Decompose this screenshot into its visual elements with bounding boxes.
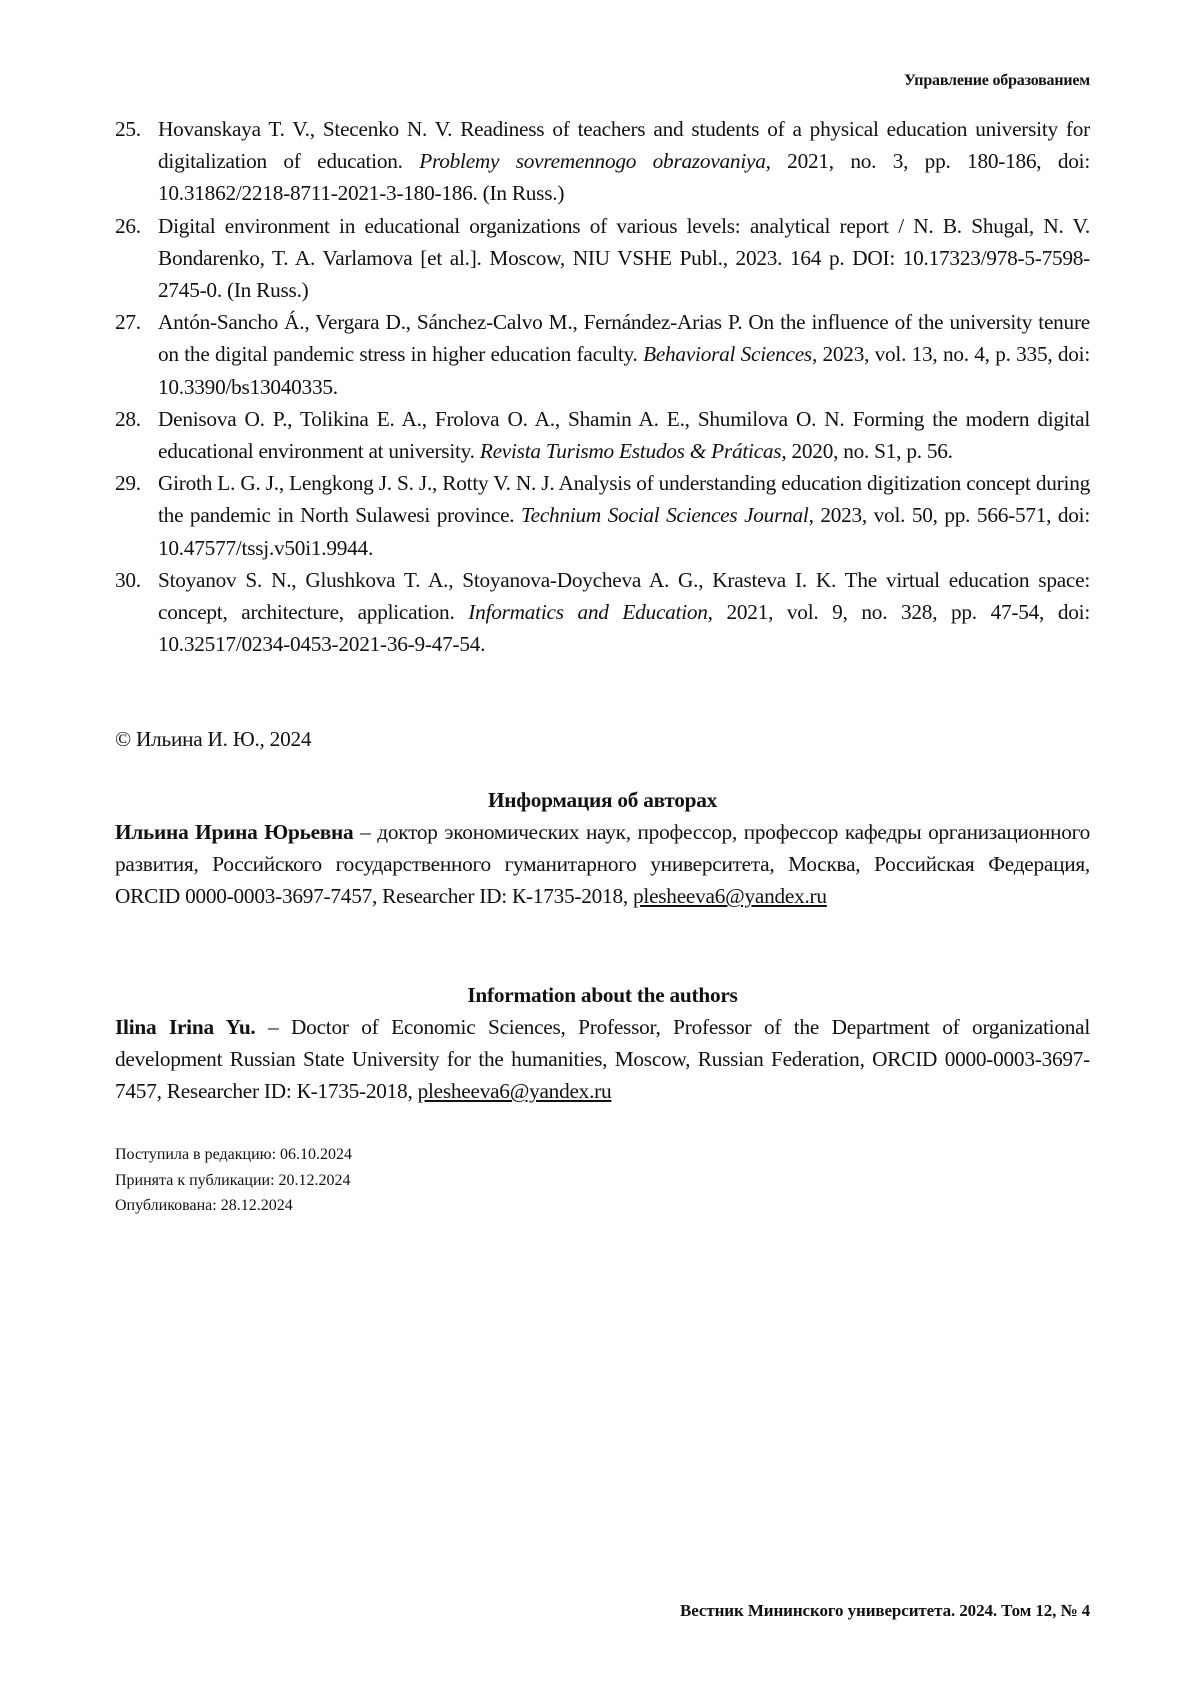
reference-item: 26.Digital environment in educational or… (115, 210, 1090, 307)
reference-details: , 2020, no. S1, p. 56. (781, 439, 952, 463)
reference-number: 30. (115, 564, 141, 596)
reference-number: 28. (115, 403, 141, 435)
reference-text: Digital environment in educational organ… (158, 214, 1090, 302)
reference-journal: Technium Social Sciences Journal (521, 503, 809, 527)
reference-number: 29. (115, 467, 141, 499)
reference-journal: Problemy sovremennogo obrazovaniya (419, 149, 765, 173)
author-name-en: Ilina Irina Yu. (115, 1015, 255, 1039)
reference-item: 29.Giroth L. G. J., Lengkong J. S. J., R… (115, 467, 1090, 564)
authors-info-title-ru: Информация об авторах (115, 784, 1090, 816)
reference-item: 25.Hovanskaya T. V., Stecenko N. V. Read… (115, 113, 1090, 210)
reference-number: 27. (115, 306, 141, 338)
author-email-link-en[interactable]: plesheeva6@yandex.ru (418, 1079, 612, 1103)
reference-journal: Revista Turismo Estudos & Práticas (480, 439, 782, 463)
received-date: Поступила в редакцию: 06.10.2024 (115, 1142, 352, 1168)
copyright-notice: © Ильина И. Ю., 2024 (115, 723, 311, 755)
reference-item: 27.Antón-Sancho Á., Vergara D., Sánchez-… (115, 306, 1090, 403)
reference-journal: Behavioral Sciences, (643, 342, 817, 366)
reference-list: 25.Hovanskaya T. V., Stecenko N. V. Read… (115, 113, 1090, 660)
reference-number: 26. (115, 210, 141, 242)
running-footer: Вестник Мининского университета. 2024. Т… (680, 1601, 1090, 1621)
reference-item: 30.Stoyanov S. N., Glushkova T. A., Stoy… (115, 564, 1090, 661)
publication-dates: Поступила в редакцию: 06.10.2024 Принята… (115, 1142, 352, 1219)
reference-number: 25. (115, 113, 141, 145)
accepted-date: Принята к публикации: 20.12.2024 (115, 1168, 352, 1194)
authors-info-title-en: Information about the authors (115, 979, 1090, 1011)
published-date: Опубликована: 28.12.2024 (115, 1193, 352, 1219)
author-email-link-ru[interactable]: plesheeva6@yandex.ru (633, 884, 827, 908)
reference-item: 28.Denisova O. P., Tolikina E. A., Frolo… (115, 403, 1090, 467)
running-header: Управление образованием (904, 72, 1090, 90)
author-info-ru: Ильина Ирина Юрьевна – доктор экономичес… (115, 816, 1090, 913)
author-name-ru: Ильина Ирина Юрьевна (115, 820, 353, 844)
reference-journal: Informatics and Education, (468, 600, 712, 624)
author-info-en: Ilina Irina Yu. – Doctor of Economic Sci… (115, 1011, 1090, 1108)
